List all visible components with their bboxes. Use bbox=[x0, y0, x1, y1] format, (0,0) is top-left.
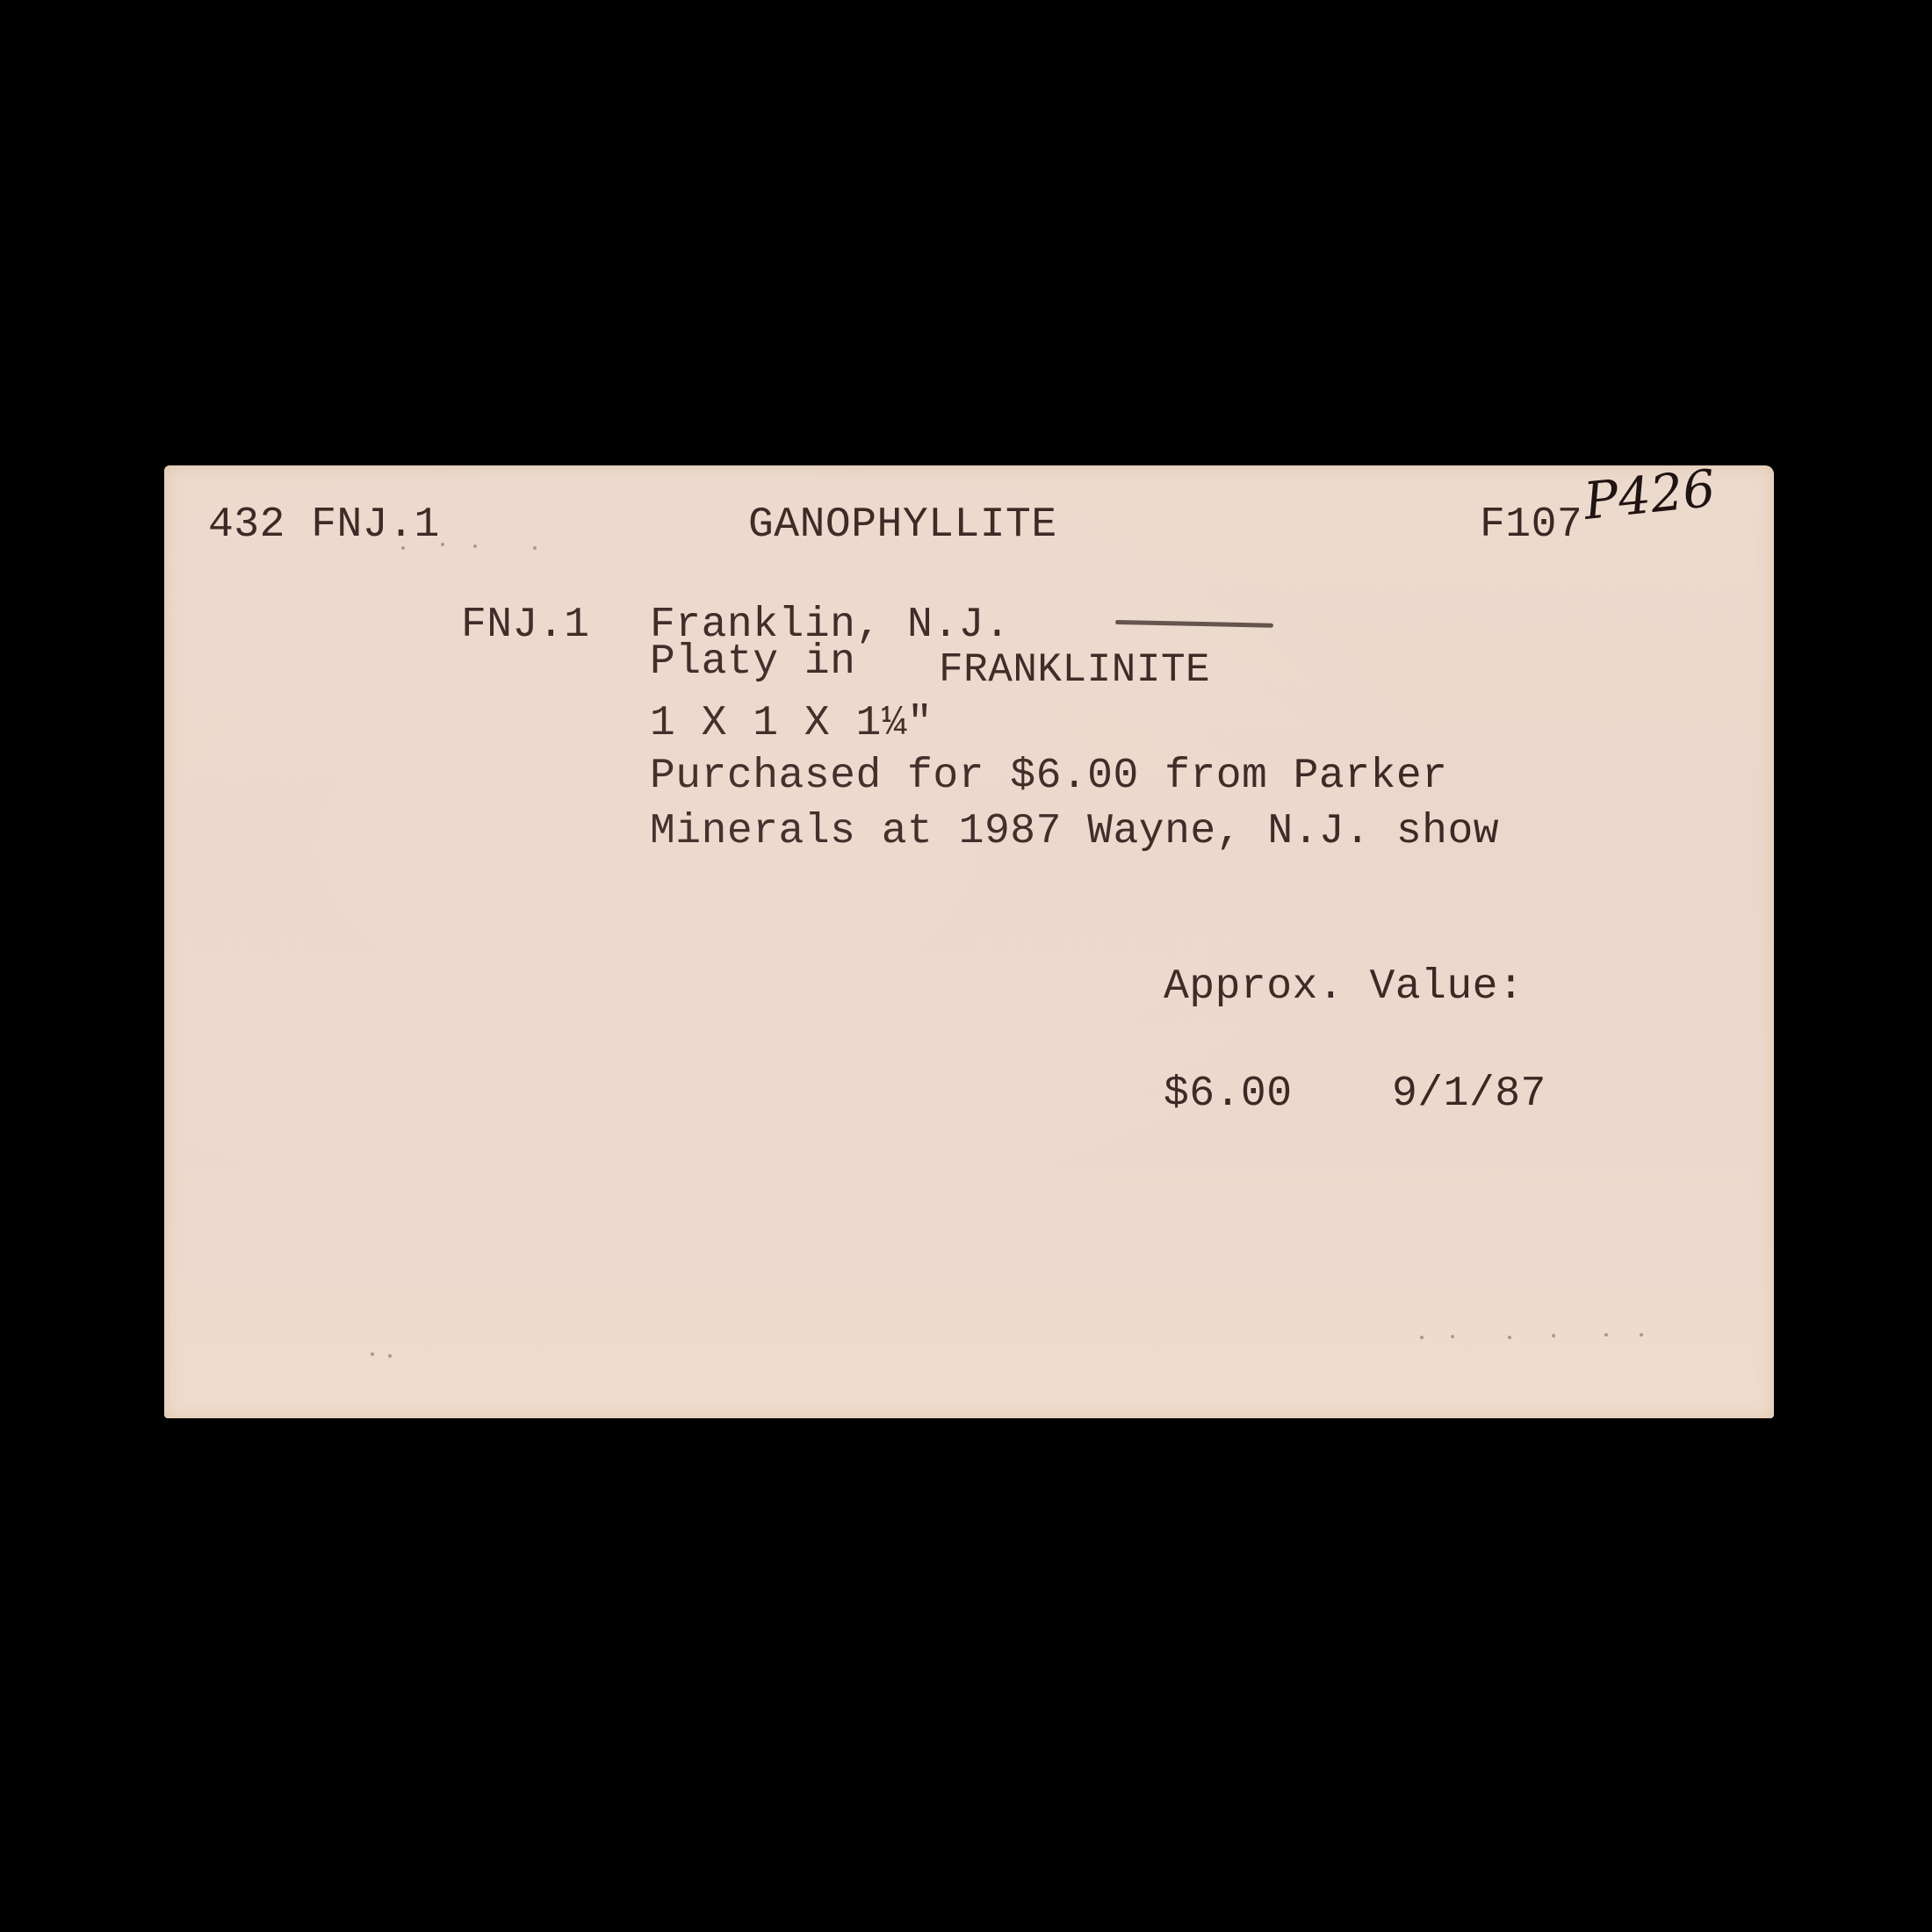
mineral-name: GANOPHYLLITE bbox=[748, 504, 1057, 546]
paper-speck bbox=[1552, 1334, 1555, 1337]
approx-value-amount: $6.00 bbox=[1164, 1073, 1293, 1115]
locality-code: FNJ.1 bbox=[461, 604, 590, 646]
approx-value-label: Approx. Value: bbox=[1164, 966, 1524, 1008]
paper-speck bbox=[1420, 1336, 1424, 1339]
handwritten-annotation: P426 bbox=[1582, 463, 1718, 527]
valuation-date: 9/1/87 bbox=[1392, 1073, 1546, 1115]
handwritten-dash-line bbox=[1115, 620, 1273, 628]
paper-speck bbox=[473, 544, 477, 548]
specimen-dimensions: 1 X 1 X 1¼" bbox=[650, 703, 933, 745]
paper-speck bbox=[401, 546, 405, 550]
description-text: Platy in bbox=[650, 641, 855, 683]
catalog-number: 432 FNJ.1 bbox=[208, 504, 440, 546]
paper-speck bbox=[388, 1354, 392, 1358]
paper-speck bbox=[1640, 1333, 1643, 1337]
paper-speck bbox=[1508, 1336, 1511, 1339]
paper-speck bbox=[441, 543, 444, 546]
provenance-line-1: Purchased for $6.00 from Parker bbox=[650, 755, 1447, 797]
paper-speck bbox=[1604, 1333, 1608, 1337]
paper-speck bbox=[1451, 1335, 1454, 1338]
host-mineral: FRANKLINITE bbox=[939, 650, 1210, 690]
paper-speck bbox=[533, 546, 537, 550]
specimen-catalog-card: 432 FNJ.1 GANOPHYLLITE F107 P426 FNJ.1 F… bbox=[164, 465, 1774, 1418]
provenance-line-2: Minerals at 1987 Wayne, N.J. show bbox=[650, 811, 1499, 853]
paper-speck bbox=[371, 1352, 374, 1356]
drawer-code: F107 bbox=[1480, 504, 1582, 546]
